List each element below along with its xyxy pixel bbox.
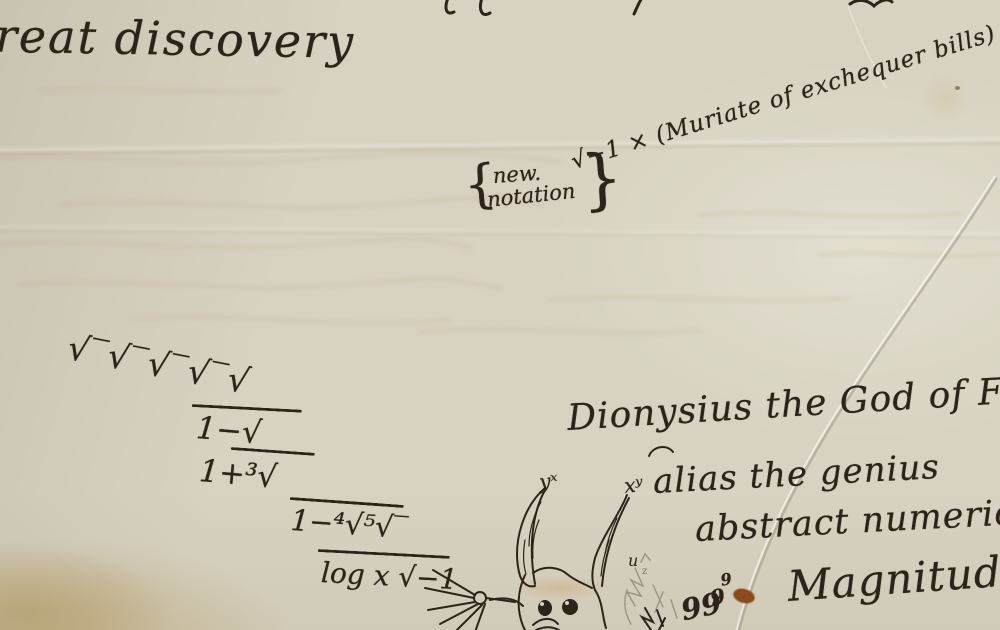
eyes [538,599,578,616]
fraction-level-2: 1+³√ [198,453,279,496]
paper-speck [955,86,960,90]
label-u: u [628,551,638,570]
fraction-level-1: 1−√ [195,410,263,452]
pencil-z-mark: z [642,566,647,577]
imp-face-sketch: u z [395,440,725,630]
cropped-top-line-strokes [430,0,890,26]
note-great-discovery: great discovery [0,8,356,69]
brow-line [533,568,592,588]
starburst [425,570,523,630]
manuscript-page-photo: great discovery √−1 × (Muriate of excheq… [0,0,1000,630]
brace-right: } [578,139,625,219]
